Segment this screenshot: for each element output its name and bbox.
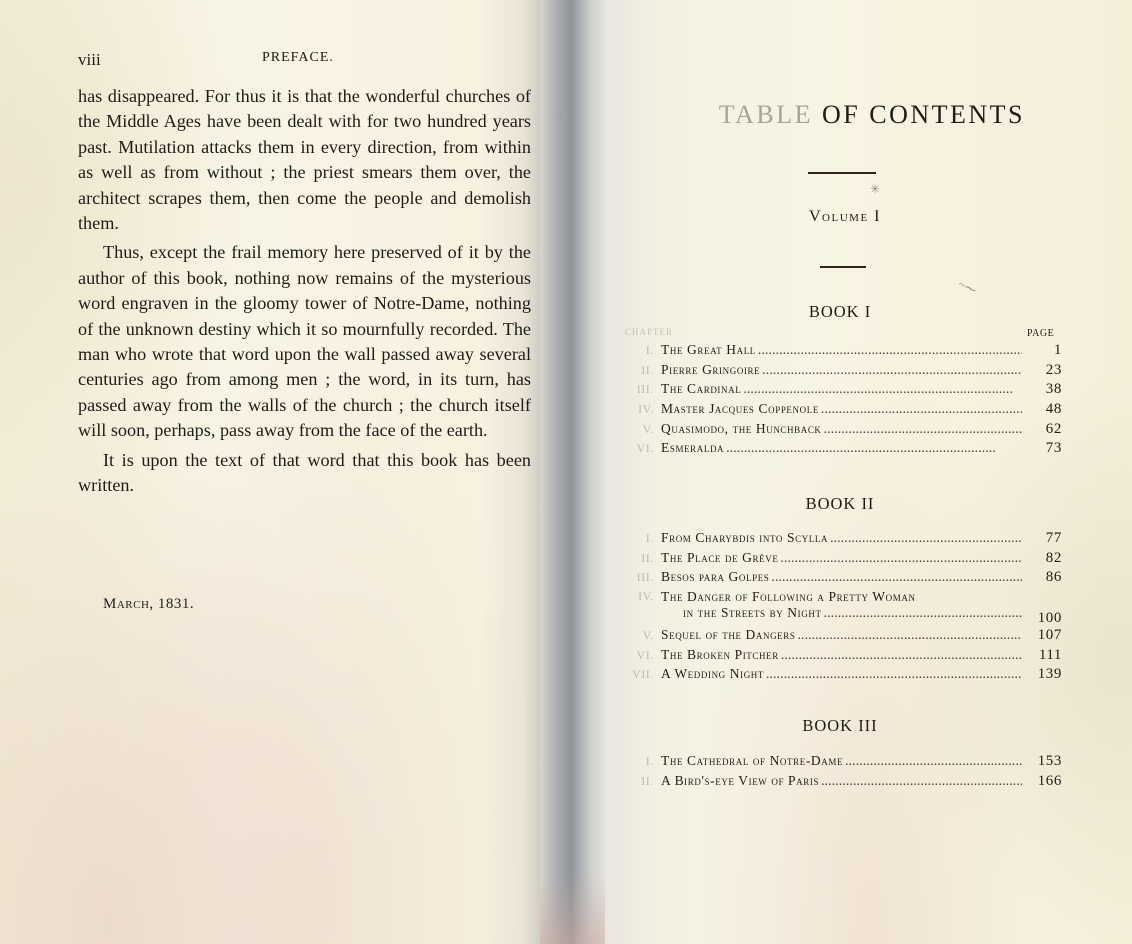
chapter-title: The Great Hall [661, 342, 756, 358]
leader-dots [822, 421, 1022, 437]
leader-dots [819, 773, 1022, 789]
page-ref: 100 [1022, 610, 1062, 627]
toc-list-book-3: I. The Cathedral of Notre-Dame 153 II. A… [620, 753, 1062, 792]
toc-entry[interactable]: II. A Bird's-eye View of Paris 166 [620, 773, 1062, 793]
page-number: viii [78, 50, 101, 70]
page-ref: 1 [1022, 342, 1062, 359]
chapter-number: I. [620, 754, 661, 769]
chapter-title: Besos para Golpes [661, 569, 769, 585]
leader-dots [769, 569, 1022, 585]
leader-dots [843, 753, 1022, 769]
right-page [605, 0, 1132, 944]
page-ref: 139 [1022, 666, 1062, 683]
page-ref: 48 [1022, 401, 1062, 418]
chapter-title: Quasimodo, the Hunchback [661, 421, 822, 437]
chapter-title: The Cathedral of Notre-Dame [661, 753, 843, 769]
scan-smudge: ✳ [870, 182, 880, 197]
chapter-title: Pierre Gringoire [661, 362, 760, 378]
left-page: viii PREFACE. has disappeared. For thus … [0, 0, 545, 944]
column-header-chapter: CHAPTER [625, 327, 673, 337]
leader-dots [756, 342, 1022, 358]
toc-entry[interactable]: III. Besos para Golpes 86 [620, 569, 1062, 589]
running-head: viii PREFACE. [78, 50, 528, 72]
leader-dots [778, 550, 1022, 566]
preface-paragraph: It is upon the text of that word that th… [78, 448, 531, 499]
leader-dots [741, 381, 1022, 397]
book-spread: viii PREFACE. has disappeared. For thus … [0, 0, 1132, 944]
chapter-number: II. [620, 551, 661, 566]
running-title: PREFACE. [262, 50, 334, 66]
chapter-number: IV. [620, 589, 661, 604]
toc-title: TABLE OF CONTENTS [665, 100, 1025, 130]
leader-dots [724, 440, 1022, 456]
page-ref: 38 [1022, 381, 1062, 398]
chapter-title: The Danger of Following a Pretty Woman [661, 589, 1022, 605]
chapter-number: II. [620, 363, 661, 378]
chapter-number: V. [620, 628, 661, 643]
chapter-title: The Cardinal [661, 381, 741, 397]
chapter-number: III. [620, 382, 661, 397]
leader-dots [822, 605, 1022, 621]
toc-entry[interactable]: I. From Charybdis into Scylla 77 [620, 530, 1062, 550]
chapter-number: VI. [620, 648, 661, 663]
divider-rule [808, 172, 876, 174]
toc-entry[interactable]: IV. The Danger of Following a Pretty Wom… [620, 589, 1062, 627]
toc-entry[interactable]: II. Pierre Gringoire 23 [620, 362, 1062, 382]
column-header-page: PAGE [1027, 328, 1054, 339]
page-ref: 107 [1022, 627, 1062, 644]
chapter-title: Esmeralda [661, 440, 724, 456]
chapter-number: I. [620, 531, 661, 546]
scan-smudge: · [558, 110, 562, 125]
leader-dots [779, 647, 1022, 663]
toc-entry[interactable]: V. Sequel of the Dangers 107 [620, 627, 1062, 647]
preface-paragraph: Thus, except the frail memory here prese… [78, 240, 531, 443]
chapter-number: I. [620, 343, 661, 358]
preface-date-signature: March, 1831. [103, 596, 194, 613]
toc-entry[interactable]: II. The Place de Grève 82 [620, 550, 1062, 570]
toc-entry[interactable]: VII. A Wedding Night 139 [620, 666, 1062, 686]
chapter-title: The Broken Pitcher [661, 647, 779, 663]
book-heading: BOOK III [640, 716, 1040, 736]
chapter-number: V. [620, 422, 661, 437]
toc-entry[interactable]: VI. Esmeralda 73 [620, 440, 1062, 460]
toc-entry[interactable]: I. The Cathedral of Notre-Dame 153 [620, 753, 1062, 773]
page-ref: 166 [1022, 773, 1062, 790]
toc-entry[interactable]: IV. Master Jacques Coppenole 48 [620, 401, 1062, 421]
leader-dots [764, 666, 1022, 682]
chapter-number: III. [620, 570, 661, 585]
page-ref: 153 [1022, 753, 1062, 770]
chapter-number: IV. [620, 402, 661, 417]
leader-dots [795, 627, 1022, 643]
page-ref: 73 [1022, 440, 1062, 457]
toc-title-rest: OF CONTENTS [813, 100, 1025, 129]
toc-entry[interactable]: III. The Cardinal 38 [620, 381, 1062, 401]
chapter-title: The Place de Grève [661, 550, 778, 566]
chapter-number: II. [620, 774, 661, 789]
leader-dots [819, 401, 1022, 417]
chapter-title: A Wedding Night [661, 666, 764, 682]
chapter-title: From Charybdis into Scylla [661, 530, 828, 546]
page-ref: 62 [1022, 421, 1062, 438]
chapter-title-continued: in the Streets by Night [683, 605, 822, 621]
page-ref: 111 [1022, 647, 1062, 664]
toc-title-faded: TABLE [719, 100, 813, 129]
chapter-number: VI. [620, 441, 661, 456]
chapter-title: Sequel of the Dangers [661, 627, 795, 643]
volume-label: Volume I [780, 208, 910, 226]
toc-entry[interactable]: V. Quasimodo, the Hunchback 62 [620, 421, 1062, 441]
book-heading: BOOK I [640, 302, 1040, 322]
preface-paragraph: has disappeared. For thus it is that the… [78, 84, 531, 236]
page-ref: 82 [1022, 550, 1062, 567]
chapter-title: Master Jacques Coppenole [661, 401, 819, 417]
book-gutter [540, 0, 610, 944]
page-ref: 86 [1022, 569, 1062, 586]
leader-dots [760, 362, 1022, 378]
page-ref: 23 [1022, 362, 1062, 379]
preface-body: has disappeared. For thus it is that the… [78, 84, 531, 503]
toc-list-book-2: I. From Charybdis into Scylla 77 II. The… [620, 530, 1062, 686]
toc-entry[interactable]: VI. The Broken Pitcher 111 [620, 647, 1062, 667]
chapter-number: VII. [620, 667, 661, 682]
book-heading: BOOK II [640, 494, 1040, 514]
page-ref: 77 [1022, 530, 1062, 547]
divider-rule [820, 266, 866, 268]
toc-list-book-1: I. The Great Hall 1 II. Pierre Gringoire… [620, 342, 1062, 460]
chapter-title: A Bird's-eye View of Paris [661, 773, 819, 789]
toc-entry[interactable]: I. The Great Hall 1 [620, 342, 1062, 362]
leader-dots [828, 530, 1022, 546]
